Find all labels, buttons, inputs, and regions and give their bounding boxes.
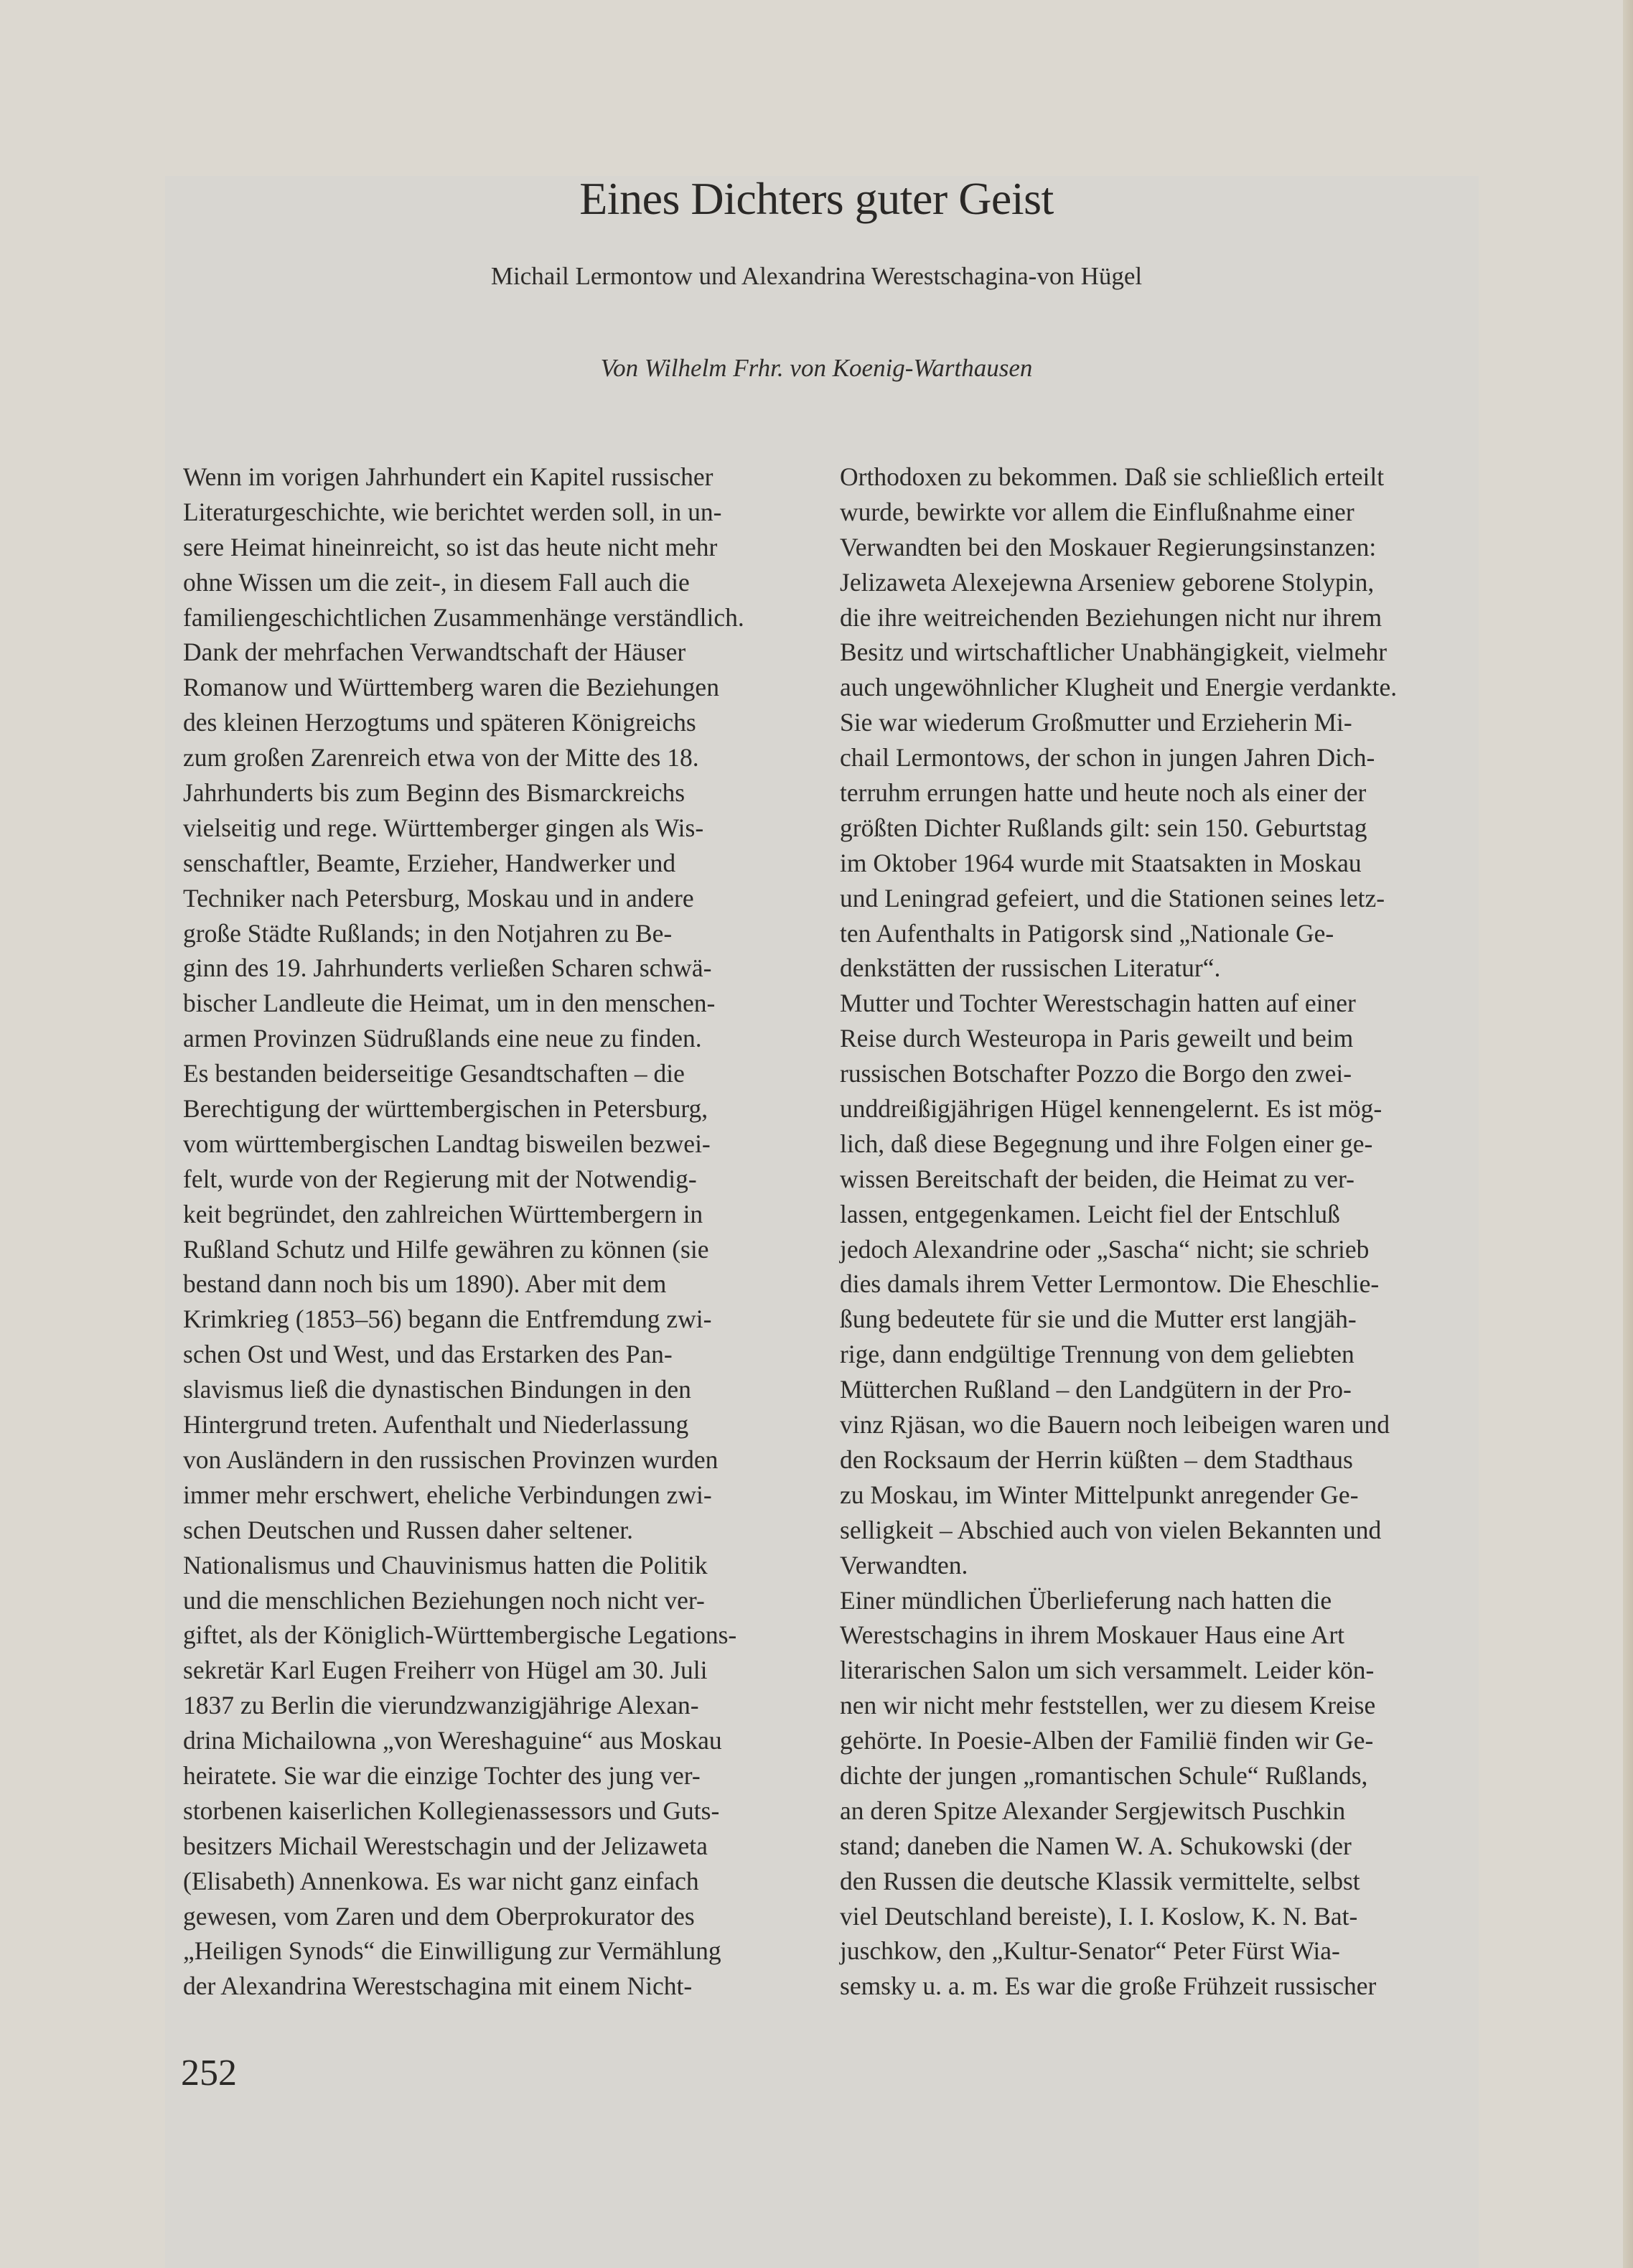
text-line: Romanow und Württemberg waren die Bezieh… xyxy=(183,670,802,705)
text-line: von Ausländern in den russischen Provinz… xyxy=(183,1442,802,1478)
text-line: Verwandten. xyxy=(840,1548,1460,1583)
text-line: des kleinen Herzogtums und späteren Köni… xyxy=(183,705,802,740)
text-line: den Russen die deutsche Klassik vermitte… xyxy=(840,1864,1460,1899)
text-line: zum großen Zarenreich etwa von der Mitte… xyxy=(183,740,802,775)
page-edge xyxy=(1623,0,1633,2268)
text-line: auch ungewöhnlicher Klugheit und Energie… xyxy=(840,670,1460,705)
text-line: an deren Spitze Alexander Sergjewitsch P… xyxy=(840,1793,1460,1829)
text-line: wurde, bewirkte vor allem die Einflußnah… xyxy=(840,495,1460,530)
text-line: besitzers Michail Werestschagin und der … xyxy=(183,1829,802,1864)
text-line: bestand dann noch bis um 1890). Aber mit… xyxy=(183,1266,802,1302)
text-line: Orthodoxen zu bekommen. Daß sie schließl… xyxy=(840,459,1460,495)
text-line: literarischen Salon um sich versammelt. … xyxy=(840,1653,1460,1688)
text-column-right: Orthodoxen zu bekommen. Daß sie schließl… xyxy=(840,459,1460,2004)
text-line: nen wir nicht mehr feststellen, wer zu d… xyxy=(840,1688,1460,1723)
text-line: viel Deutschland bereiste), I. I. Koslow… xyxy=(840,1899,1460,1934)
text-line: Mutter und Tochter Werestschagin hatten … xyxy=(840,986,1460,1021)
text-line: ten Aufenthalts in Patigorsk sind „Natio… xyxy=(840,916,1460,951)
text-column-left: Wenn im vorigen Jahrhundert ein Kapitel … xyxy=(183,459,802,2004)
text-line: Hintergrund treten. Aufenthalt und Niede… xyxy=(183,1407,802,1442)
text-line: schen Ost und West, und das Erstarken de… xyxy=(183,1337,802,1372)
text-line: ginn des 19. Jahrhunderts verließen Scha… xyxy=(183,951,802,986)
article-subtitle: Michail Lermontow und Alexandrina Werest… xyxy=(0,262,1633,291)
text-line: Krimkrieg (1853–56) begann die Entfremdu… xyxy=(183,1302,802,1337)
text-line: unddreißigjährigen Hügel kennengelernt. … xyxy=(840,1091,1460,1126)
text-line: rige, dann endgültige Trennung von dem g… xyxy=(840,1337,1460,1372)
text-line: Wenn im vorigen Jahrhundert ein Kapitel … xyxy=(183,459,802,495)
text-line: Berechtigung der württembergischen in Pe… xyxy=(183,1091,802,1126)
text-line: Jahrhunderts bis zum Beginn des Bismarck… xyxy=(183,775,802,811)
text-line: Techniker nach Petersburg, Moskau und in… xyxy=(183,881,802,916)
text-line: slavismus ließ die dynastischen Bindunge… xyxy=(183,1372,802,1407)
text-line: immer mehr erschwert, eheliche Verbindun… xyxy=(183,1478,802,1513)
text-line: (Elisabeth) Annenkowa. Es war nicht ganz… xyxy=(183,1864,802,1899)
text-line: Jelizaweta Alexejewna Arseniew geborene … xyxy=(840,565,1460,600)
text-line: Literaturgeschichte, wie berichtet werde… xyxy=(183,495,802,530)
text-line: vom württembergischen Landtag bisweilen … xyxy=(183,1126,802,1162)
text-line: Sie war wiederum Großmutter und Erzieher… xyxy=(840,705,1460,740)
text-line: gewesen, vom Zaren und dem Oberprokurato… xyxy=(183,1899,802,1934)
text-line: schen Deutschen und Russen daher seltene… xyxy=(183,1513,802,1548)
text-line: ßung bedeutete für sie und die Mutter er… xyxy=(840,1302,1460,1337)
text-line: Nationalismus und Chauvinismus hatten di… xyxy=(183,1548,802,1583)
text-line: die ihre weitreichenden Beziehungen nich… xyxy=(840,600,1460,635)
text-line: zu Moskau, im Winter Mittelpunkt anregen… xyxy=(840,1478,1460,1513)
text-line: keit begründet, den zahlreichen Württemb… xyxy=(183,1197,802,1232)
text-line: dichte der jungen „romantischen Schule“ … xyxy=(840,1758,1460,1793)
text-line: Rußland Schutz und Hilfe gewähren zu kön… xyxy=(183,1232,802,1267)
text-line: vinz Rjäsan, wo die Bauern noch leibeige… xyxy=(840,1407,1460,1442)
text-line: stand; daneben die Namen W. A. Schukowsk… xyxy=(840,1829,1460,1864)
text-line: senschaftler, Beamte, Erzieher, Handwerk… xyxy=(183,846,802,881)
text-line: im Oktober 1964 wurde mit Staatsakten in… xyxy=(840,846,1460,881)
text-line: vielseitig und rege. Württemberger ginge… xyxy=(183,811,802,846)
text-line: gehörte. In Poesie-Alben der Familië fin… xyxy=(840,1723,1460,1758)
text-line: Einer mündlichen Überlieferung nach hatt… xyxy=(840,1583,1460,1618)
text-line: heiratete. Sie war die einzige Tochter d… xyxy=(183,1758,802,1793)
text-line: wissen Bereitschaft der beiden, die Heim… xyxy=(840,1162,1460,1197)
text-line: familiengeschichtlichen Zusammenhänge ve… xyxy=(183,600,802,635)
text-line: den Rocksaum der Herrin küßten – dem Sta… xyxy=(840,1442,1460,1478)
text-line: 1837 zu Berlin die vierundzwanzigjährige… xyxy=(183,1688,802,1723)
text-line: größten Dichter Rußlands gilt: sein 150.… xyxy=(840,811,1460,846)
text-line: Besitz und wirtschaftlicher Unabhängigke… xyxy=(840,635,1460,670)
text-line: der Alexandrina Werestschagina mit einem… xyxy=(183,1969,802,2004)
text-line: Verwandten bei den Moskauer Regierungsin… xyxy=(840,530,1460,565)
article-byline: Von Wilhelm Frhr. von Koenig-Warthausen xyxy=(0,354,1633,383)
text-line: lassen, entgegenkamen. Leicht fiel der E… xyxy=(840,1197,1460,1232)
text-line: bischer Landleute die Heimat, um in den … xyxy=(183,986,802,1021)
text-line: semsky u. a. m. Es war die große Frühzei… xyxy=(840,1969,1460,2004)
text-line: terruhm errungen hatte und heute noch al… xyxy=(840,775,1460,811)
text-line: und die menschlichen Beziehungen noch ni… xyxy=(183,1583,802,1618)
text-line: drina Michailowna „von Wereshaguine“ aus… xyxy=(183,1723,802,1758)
text-line: Dank der mehrfachen Verwandtschaft der H… xyxy=(183,635,802,670)
text-line: „Heiligen Synods“ die Einwilligung zur V… xyxy=(183,1933,802,1969)
text-line: Reise durch Westeuropa in Paris geweilt … xyxy=(840,1021,1460,1056)
text-line: lich, daß diese Begegnung und ihre Folge… xyxy=(840,1126,1460,1162)
text-line: Mütterchen Rußland – den Landgütern in d… xyxy=(840,1372,1460,1407)
text-line: sere Heimat hineinreicht, so ist das heu… xyxy=(183,530,802,565)
text-line: große Städte Rußlands; in den Notjahren … xyxy=(183,916,802,951)
text-line: armen Provinzen Südrußlands eine neue zu… xyxy=(183,1021,802,1056)
text-line: chail Lermontows, der schon in jungen Ja… xyxy=(840,740,1460,775)
text-line: und Leningrad gefeiert, und die Statione… xyxy=(840,881,1460,916)
text-line: denkstätten der russischen Literatur“. xyxy=(840,951,1460,986)
text-line: Es bestanden beiderseitige Gesandtschaft… xyxy=(183,1056,802,1091)
text-line: felt, wurde von der Regierung mit der No… xyxy=(183,1162,802,1197)
page-number: 252 xyxy=(181,2052,237,2094)
text-line: ohne Wissen um die zeit-, in diesem Fall… xyxy=(183,565,802,600)
text-line: dies damals ihrem Vetter Lermontow. Die … xyxy=(840,1266,1460,1302)
text-line: giftet, als der Königlich-Württembergisc… xyxy=(183,1618,802,1653)
text-line: jedoch Alexandrine oder „Sascha“ nicht; … xyxy=(840,1232,1460,1267)
text-line: selligkeit – Abschied auch von vielen Be… xyxy=(840,1513,1460,1548)
text-line: sekretär Karl Eugen Freiherr von Hügel a… xyxy=(183,1653,802,1688)
text-line: Werestschagins in ihrem Moskauer Haus ei… xyxy=(840,1618,1460,1653)
text-line: russischen Botschafter Pozzo die Borgo d… xyxy=(840,1056,1460,1091)
text-line: storbenen kaiserlichen Kollegienassessor… xyxy=(183,1793,802,1829)
text-line: juschkow, den „Kultur-Senator“ Peter Für… xyxy=(840,1933,1460,1969)
article-title: Eines Dichters guter Geist xyxy=(0,172,1633,225)
